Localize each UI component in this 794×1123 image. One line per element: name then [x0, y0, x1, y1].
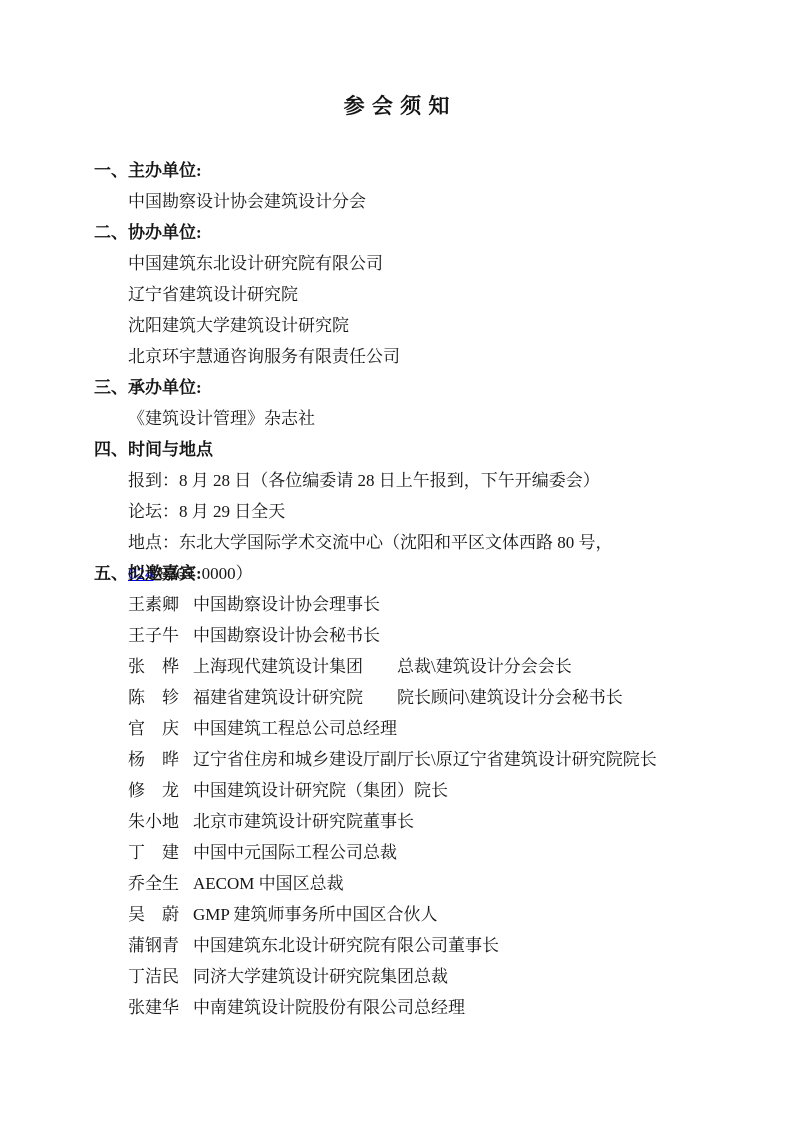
co-org-item: 中国建筑东北设计研究院有限公司 [94, 248, 734, 279]
checkin-line: 报到：8 月 28 日（各位编委请 28 日上午报到，下午开编委会） [94, 465, 734, 496]
guest-org: 中国勘察设计协会理事长 [193, 589, 380, 620]
location-line: 地点：东北大学国际学术交流中心（沈阳和平区文体西路 80 号，024-8369 … [94, 527, 734, 558]
guest-name: 王素卿 [128, 589, 193, 620]
guest-row: 吴 蔚GMP 建筑师事务所中国区合伙人 [94, 899, 734, 930]
document-page: 参 会 须 知 一、主办单位: 中国勘察设计协会建筑设计分会 二、协办单位: 中… [0, 0, 794, 1123]
guest-name: 张建华 [128, 992, 193, 1023]
section-heading-guests: 五、拟邀嘉宾: [94, 558, 734, 589]
guest-name: 张 桦 [128, 651, 193, 682]
guest-org: 中国建筑工程总公司总经理 [193, 713, 397, 744]
guest-row: 乔全生AECOM 中国区总裁 [94, 868, 734, 899]
guest-org: 中国建筑东北设计研究院有限公司董事长 [193, 930, 499, 961]
section-heading-time-place: 四、时间与地点 [94, 434, 734, 465]
guest-row: 修 龙中国建筑设计研究院（集团）院长 [94, 775, 734, 806]
guest-row: 杨 晔辽宁省住房和城乡建设厅副厅长\原辽宁省建筑设计研究院院长 [94, 744, 734, 775]
guest-row: 官 庆中国建筑工程总公司总经理 [94, 713, 734, 744]
guest-name: 吴 蔚 [128, 899, 193, 930]
location-text-pre: 地点：东北大学国际学术交流中心（沈阳和平区文体西路 80 号， [128, 533, 613, 552]
guest-name: 乔全生 [128, 868, 193, 899]
guest-org: 中国中元国际工程公司总裁 [193, 837, 397, 868]
guest-org: 中国勘察设计协会秘书长 [193, 620, 380, 651]
guest-org: 同济大学建筑设计研究院集团总裁 [193, 961, 448, 992]
guest-org: 福建省建筑设计研究院 院长顾问\建筑设计分会秘书长 [193, 682, 623, 713]
guest-org: 中南建筑设计院股份有限公司总经理 [193, 992, 465, 1023]
guest-row: 丁洁民同济大学建筑设计研究院集团总裁 [94, 961, 734, 992]
guest-org: GMP 建筑师事务所中国区合伙人 [193, 899, 437, 930]
page-title: 参 会 须 知 [0, 92, 794, 120]
guest-name: 蒲钢青 [128, 930, 193, 961]
organizer-item: 《建筑设计管理》杂志社 [94, 403, 734, 434]
guest-row: 丁 建中国中元国际工程公司总裁 [94, 837, 734, 868]
document-body: 一、主办单位: 中国勘察设计协会建筑设计分会 二、协办单位: 中国建筑东北设计研… [94, 155, 734, 1023]
guest-row: 蒲钢青中国建筑东北设计研究院有限公司董事长 [94, 930, 734, 961]
guest-org: AECOM 中国区总裁 [193, 868, 344, 899]
section-heading-host: 一、主办单位: [94, 155, 734, 186]
guest-name: 陈 轸 [128, 682, 193, 713]
forum-line: 论坛：8 月 29 日全天 [94, 496, 734, 527]
co-org-item: 北京环宇慧通咨询服务有限责任公司 [94, 341, 734, 372]
guest-row: 张建华中南建筑设计院股份有限公司总经理 [94, 992, 734, 1023]
guest-org: 上海现代建筑设计集团 总裁\建筑设计分会会长 [193, 651, 572, 682]
section-heading-organizer: 三、承办单位: [94, 372, 734, 403]
guest-row: 张 桦上海现代建筑设计集团 总裁\建筑设计分会会长 [94, 651, 734, 682]
guest-org: 北京市建筑设计研究院董事长 [193, 806, 414, 837]
guest-row: 陈 轸福建省建筑设计研究院 院长顾问\建筑设计分会秘书长 [94, 682, 734, 713]
guest-org: 中国建筑设计研究院（集团）院长 [193, 775, 448, 806]
guest-name: 丁 建 [128, 837, 193, 868]
guest-name: 朱小地 [128, 806, 193, 837]
guest-name: 官 庆 [128, 713, 193, 744]
co-org-item: 辽宁省建筑设计研究院 [94, 279, 734, 310]
guest-name: 杨 晔 [128, 744, 193, 775]
guest-row: 王子牛中国勘察设计协会秘书长 [94, 620, 734, 651]
section-heading-co-org: 二、协办单位: [94, 217, 734, 248]
guest-name: 王子牛 [128, 620, 193, 651]
guest-row: 朱小地北京市建筑设计研究院董事长 [94, 806, 734, 837]
guest-name: 丁洁民 [128, 961, 193, 992]
guest-row: 王素卿中国勘察设计协会理事长 [94, 589, 734, 620]
guest-name: 修 龙 [128, 775, 193, 806]
co-org-item: 沈阳建筑大学建筑设计研究院 [94, 310, 734, 341]
guest-org: 辽宁省住房和城乡建设厅副厅长\原辽宁省建筑设计研究院院长 [193, 744, 657, 775]
host-item: 中国勘察设计协会建筑设计分会 [94, 186, 734, 217]
